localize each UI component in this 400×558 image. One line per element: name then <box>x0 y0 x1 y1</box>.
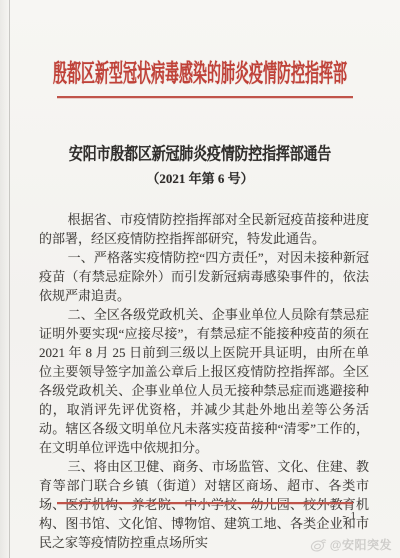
notice-issue-number: （2021 年第 6 号） <box>0 171 400 187</box>
paragraph-item-1: 一、严格落实疫情防控“四方责任”，对因未接种新冠疫苗（有禁忌症除外）而引发新冠病… <box>39 248 369 305</box>
scanned-notice-page: 殷都区新型冠状病毒感染的肺炎疫情防控指挥部 安阳市殷都区新冠肺炎疫情防控指挥部通… <box>0 0 400 558</box>
watermark: @安阳突发 <box>310 536 392 553</box>
footer-rule <box>57 502 353 504</box>
letterhead-title: 殷都区新型冠状病毒感染的肺炎疫情防控指挥部 <box>0 62 400 90</box>
weibo-logo-icon <box>310 538 327 552</box>
notice-title: 安阳市殷都区新冠肺炎疫情防控指挥部通告 <box>0 146 400 166</box>
paragraph-item-2: 二、全区各级党政机关、企事业单位人员除有禁忌症证明外要实现“应接尽接”，有禁忌症… <box>39 305 369 457</box>
letterhead-rule <box>57 96 353 98</box>
paragraph-intro: 根据省、市疫情防控指挥部对全民新冠疫苗接种进度的部署，经区疫情防控指挥部研究，特… <box>39 210 369 248</box>
notice-body: 根据省、市疫情防控指挥部对全民新冠疫苗接种进度的部署，经区疫情防控指挥部研究，特… <box>39 210 369 552</box>
watermark-handle: @安阳突发 <box>330 536 392 553</box>
page-number: - 1 - <box>343 511 366 522</box>
